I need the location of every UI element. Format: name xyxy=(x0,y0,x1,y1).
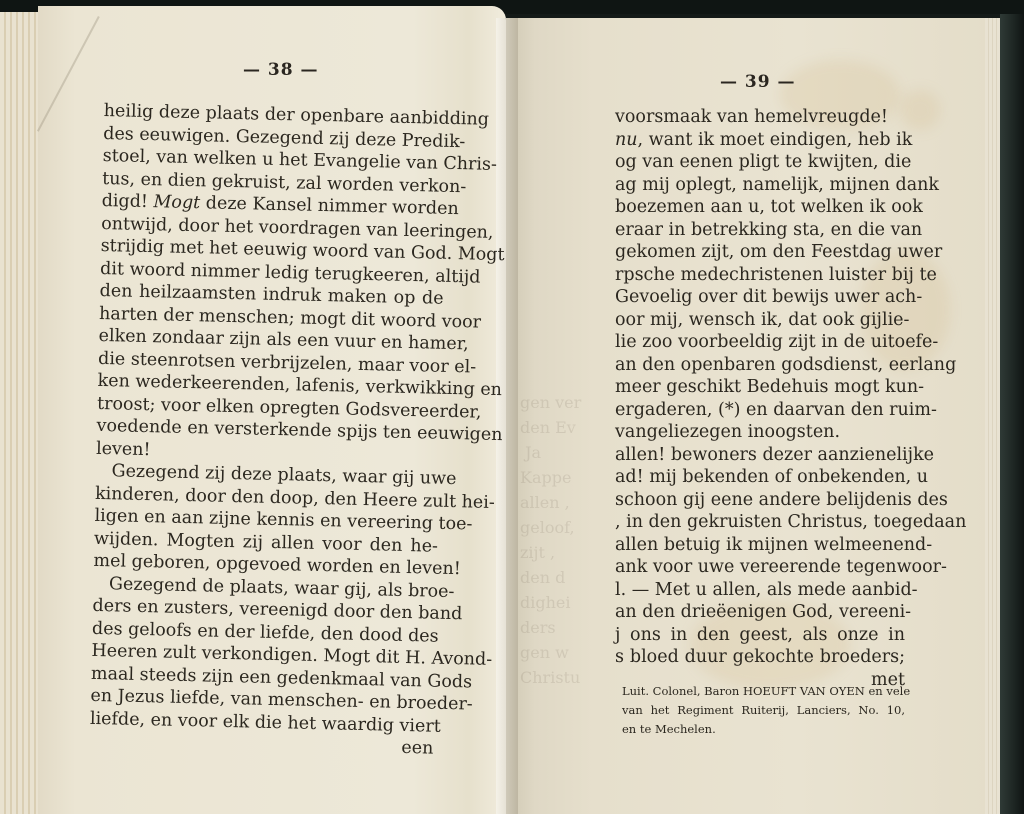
text-line: Gevoelig over dit bewijs uwer ach- xyxy=(615,286,905,309)
right-page-text: voorsmaak van hemelvreugde! nu, want ik … xyxy=(615,106,905,691)
text-line: meer geschikt Bedehuis mogt kun- xyxy=(615,376,905,399)
text-line: allen! bewoners dezer aanzienelijke xyxy=(615,444,905,467)
text-line: , in den gekruisten Christus, toegedaan xyxy=(615,511,905,534)
text-line: schoon gij eene andere belijdenis des xyxy=(615,489,905,512)
text-line: og van eenen pligt te kwijten, die xyxy=(615,151,905,174)
text-line: j ons in den geest, als onze in xyxy=(615,624,905,647)
footnote-line: van het Regiment Ruiterij, Lanciers, No.… xyxy=(622,701,905,720)
italic-word: nu xyxy=(615,130,638,150)
text-line: allen betuig ik mijnen welmeenend- xyxy=(615,534,905,557)
text-line: gekomen zijt, om den Feestdag uwer xyxy=(615,241,905,264)
text-line: ad! mij bekenden of onbekenden, u xyxy=(615,466,905,489)
text-line: boezemen aan u, tot welken ik ook xyxy=(615,196,905,219)
text-line: l. — Met u allen, als mede aanbid- xyxy=(615,579,905,602)
page-number-right: — 39 — xyxy=(720,72,796,92)
page-edges-right xyxy=(985,18,1001,814)
left-page-text: heilig deze plaats der openbare aanbiddi… xyxy=(89,100,448,760)
foxing-stain xyxy=(900,90,940,130)
text-line: s bloed duur gekochte broeders; xyxy=(615,646,905,669)
text-line: rpsche medechristenen luister bij te xyxy=(615,264,905,287)
text-line: ergaderen, (*) en daarvan den ruim- xyxy=(615,399,905,422)
page-number-left: — 38 — xyxy=(243,60,319,80)
text-line: lie zoo voorbeeldig zijt in de uitoefe- xyxy=(615,331,905,354)
text-line: an den openbaren godsdienst, eerlang xyxy=(615,354,905,377)
book-cover-right xyxy=(1000,14,1024,814)
text-line: voorsmaak van hemelvreugde! xyxy=(615,106,905,129)
text-line: ank voor uwe vereerende tegenwoor- xyxy=(615,556,905,579)
footnote: Luit. Colonel, Baron HOEUFT VAN OYEN en … xyxy=(622,682,905,739)
page-crease xyxy=(37,16,100,132)
text-line: ag mij oplegt, namelijk, mijnen dank xyxy=(615,174,905,197)
text-line: eraar in betrekking sta, en die van xyxy=(615,219,905,242)
text-line: oor mij, wensch ik, dat ook gijlie- xyxy=(615,309,905,332)
gutter xyxy=(496,18,518,814)
footnote-line: Luit. Colonel, Baron HOEUFT VAN OYEN en … xyxy=(622,682,905,701)
footnote-line: en te Mechelen. xyxy=(622,720,905,739)
text-line: vangeliezegen inoogsten. xyxy=(615,421,905,444)
text-line: nu, want ik moet eindigen, heb ik xyxy=(615,129,905,152)
italic-word: Mogt xyxy=(153,192,200,213)
text-line: an den drieëenigen God, vereeni- xyxy=(615,601,905,624)
show-through-text: gen ver den Ev Ja Kappe allen , geloof, … xyxy=(520,390,581,690)
